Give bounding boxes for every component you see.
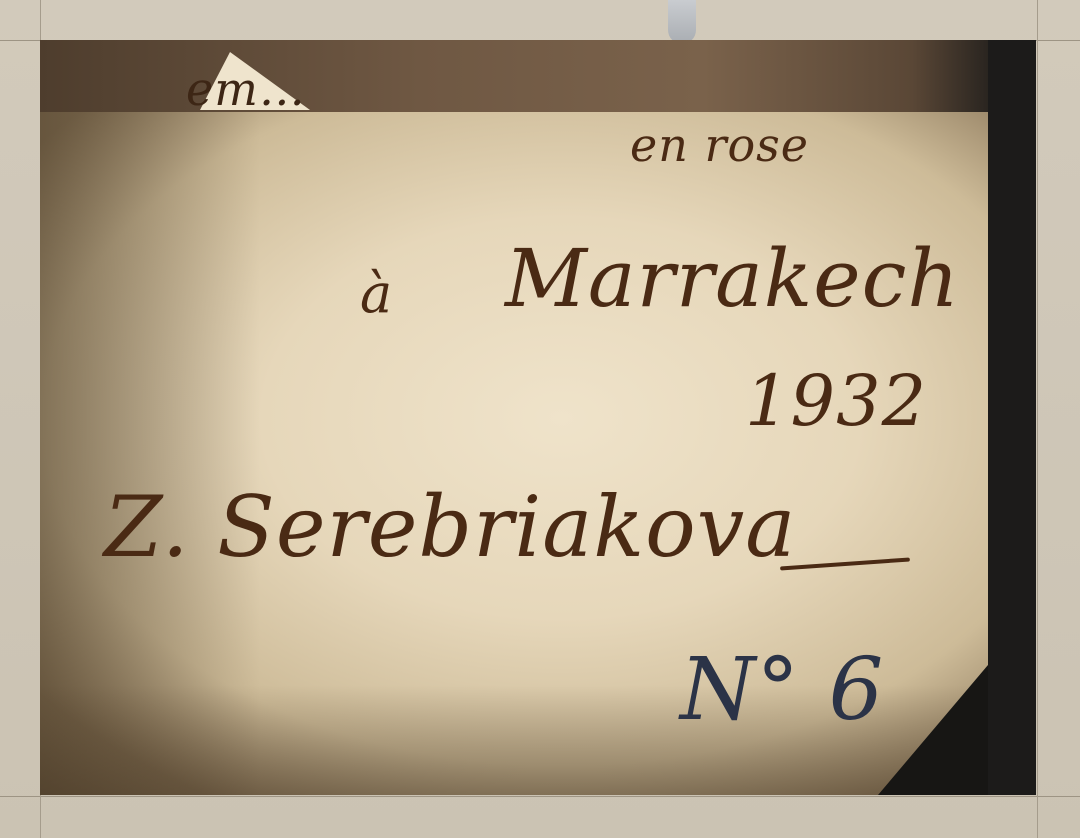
artist-signature: Z. Serebriakova	[104, 478, 796, 576]
brown-paper-strip	[40, 40, 988, 112]
handwriting-top-fragment: em…	[186, 62, 306, 116]
mount-edge	[0, 796, 1080, 797]
mount-edge	[1037, 0, 1038, 838]
handwriting-year: 1932	[745, 360, 927, 442]
torn-corner	[878, 665, 988, 795]
handwriting-city: Marrakech	[505, 232, 960, 325]
handwriting-en-rose: en rose	[630, 118, 809, 172]
dark-backing-strip	[988, 40, 1036, 795]
handwriting-a: à	[360, 262, 393, 325]
hanging-string	[668, 0, 696, 44]
inventory-number: N° 6	[680, 640, 884, 740]
